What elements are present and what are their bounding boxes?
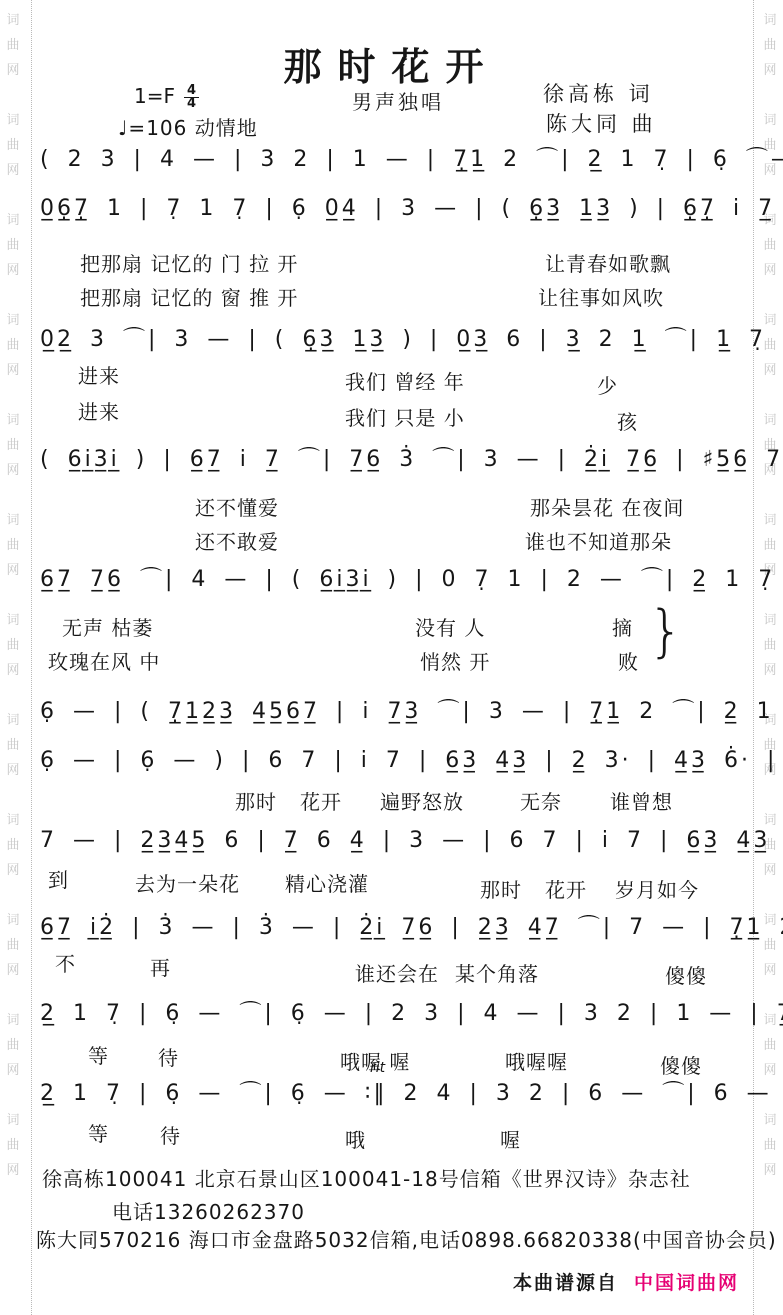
notation-line: 6̲7̲ i̲2̲̇ | 3̇ — | 3̇ — | 2̲̇i̲ 7̲6̲ | … xyxy=(40,910,749,941)
music-system-5: 6̲7̲ 7̲6̲ ⌒| 4 — | ( 6̲i̲3̲i̲ ) | 0 7̣ 1… xyxy=(40,562,749,593)
lyric-segment: 败 xyxy=(618,646,639,675)
lyric-segment: 哦 xyxy=(345,1124,366,1153)
lyric-segment: 无声 枯萎 xyxy=(62,612,153,641)
lyric-segment: 待 xyxy=(158,1042,179,1071)
notation-line: ( 6̲i̲3̲i̲ ) | 6̲7̲ i 7̲ ⌒| 7̲6̲ 3̇ ⌒| 3… xyxy=(40,442,749,473)
lyric-segment: 遍野怒放 xyxy=(380,786,464,815)
lyric-segment: 花开 xyxy=(300,786,342,815)
lyric-segment: 无奈 xyxy=(520,786,562,815)
lyric-segment: 待 xyxy=(160,1120,181,1149)
music-system-10: 2̲ 1 7̣ | 6̣ — ⌒| 6̣ — | 2 3 | 4 — | 3 2… xyxy=(40,996,749,1027)
lyric-segment: 那时 xyxy=(480,874,522,903)
lyric-segment: 少 xyxy=(597,370,618,399)
notation-line: 0̲2̲ 3 ⌒| 3 — | ( 6̣̲3̲ 1̲3̲ ) | 0̲3̲ 6 … xyxy=(40,322,749,353)
music-system-4: ( 6̲i̲3̲i̲ ) | 6̲7̲ i 7̲ ⌒| 7̲6̲ 3̇ ⌒| 3… xyxy=(40,442,749,473)
music-system-11: rit 2̲ 1 7̣ | 6̣ — ⌒| 6̣ — ∶‖ 2 4 | 3 2 … xyxy=(40,1076,749,1107)
lyric-segment: 等 xyxy=(88,1040,109,1069)
source-site-link[interactable]: 中国词曲网 xyxy=(634,1272,739,1294)
notation-line: 6̣ — | ( 7̣̲1̲2̲3̲ 4̲5̲6̲7̲ | i 7̲3̲ ⌒| … xyxy=(40,694,749,725)
lyric-segment: 还不懂爱 xyxy=(195,492,279,521)
lyric-segment: 还不敢爱 xyxy=(195,526,279,555)
lyric-segment: 等 xyxy=(88,1118,109,1147)
lyric-segment: 悄然 开 xyxy=(420,646,490,675)
lyric-segment: 进来 xyxy=(78,360,120,389)
lyric-segment: 我们 只是 小 xyxy=(345,402,465,431)
lyric-segment: 谁还会在 xyxy=(355,958,439,987)
lyric-segment: 我们 曾经 年 xyxy=(345,366,465,395)
song-title: 那时花开 xyxy=(0,36,783,91)
music-system-9: 6̲7̲ i̲2̲̇ | 3̇ — | 3̇ — | 2̲̇i̲ 7̲6̲ | … xyxy=(40,910,749,941)
lyric-segment: 谁也不知道那朵 xyxy=(525,526,672,555)
performance-type-label: 男声独唱 xyxy=(352,86,444,115)
sheet-music-page: 词 曲 网 词 曲 网 词 曲 网 词 曲 网 词 曲 网 词 曲 网 词 曲 … xyxy=(0,0,783,1315)
notation-line: ( 2 3 | 4 — | 3 2 | 1 — | 7̣̲1̲ 2 ⌒| 2̲ … xyxy=(40,142,749,173)
lyric-segment: 那朵昙花 在夜间 xyxy=(530,492,684,521)
lyric-segment: 进来 xyxy=(78,396,120,425)
music-system-1: ( 2 3 | 4 — | 3 2 | 1 — | 7̣̲1̲ 2 ⌒| 2̲ … xyxy=(40,142,749,173)
source-prefix-label: 本曲谱源自 xyxy=(513,1272,618,1294)
notation-line: 7 — | 2̲3̲4̲5̲ 6 | 7̲ 6 4̲ | 3 — | 6 7 |… xyxy=(40,828,749,853)
key-signature: 1=F44 xyxy=(134,84,199,110)
music-system-3: 0̲2̲ 3 ⌒| 3 — | ( 6̣̲3̲ 1̲3̲ ) | 0̲3̲ 6 … xyxy=(40,322,749,353)
composer-contact-line: 陈大同570216 海口市金盘路5032信箱,电话0898.66820338(中… xyxy=(36,1224,777,1253)
notation-line: 2̲ 1 7̣ | 6̣ — ⌒| 6̣ — | 2 3 | 4 — | 3 2… xyxy=(40,996,749,1027)
lyric-segment: 傻傻 xyxy=(660,1050,702,1079)
source-credit: 本曲谱源自中国词曲网 xyxy=(513,1268,739,1295)
music-system-2: 0̲6̣̲7̣̲ 1 | 7̣ 1 7̣ | 6̣ 0̲4̲ | 3 — | (… xyxy=(40,196,749,221)
music-system-8: 7 — | 2̲3̲4̲5̲ 6 | 7̲ 6 4̲ | 3 — | 6 7 |… xyxy=(40,828,749,853)
lyric-segment: 去为一朵花 xyxy=(135,868,240,897)
lyric-segment: 把那扇 记忆的 门 拉 开 xyxy=(80,248,298,277)
lyric-segment: 哦喔喔 xyxy=(505,1046,568,1075)
lyric-segment: 岁月如今 xyxy=(615,874,699,903)
lyric-segment: 那时 xyxy=(235,786,277,815)
lyric-segment: 玫瑰在风 中 xyxy=(48,646,160,675)
verse-brace: } xyxy=(648,604,684,660)
time-signature-bottom: 4 xyxy=(184,98,199,110)
lyricist-contact-line: 徐高栋100041 北京石景山区100041-18号信箱《世界汉诗》杂志社 xyxy=(42,1163,691,1192)
lyricist-credit: 徐高栋 词 xyxy=(543,78,654,108)
tempo-bpm: ♩=106 xyxy=(118,116,187,140)
tempo-marking: ♩=106 动情地 xyxy=(118,112,258,141)
watermark-left: 词 曲 网 词 曲 网 词 曲 网 词 曲 网 词 曲 网 词 曲 网 词 曲 … xyxy=(3,8,23,1307)
lyric-segment: 不 xyxy=(55,948,76,977)
expression-marking: 动情地 xyxy=(195,116,258,140)
left-dotted-divider xyxy=(31,0,32,1315)
lyric-segment: 某个角落 xyxy=(455,958,539,987)
lyric-segment: 没有 人 xyxy=(415,612,485,641)
notation-line: 6̲7̲ 7̲6̲ ⌒| 4 — | ( 6̲i̲3̲i̲ ) | 0 7̣ 1… xyxy=(40,562,749,593)
notation-line: 2̲ 1 7̣ | 6̣ — ⌒| 6̣ — ∶‖ 2 4 | 3 2 | 6 … xyxy=(40,1076,749,1107)
lyric-segment: 让青春如歌飘 xyxy=(545,248,671,277)
lyric-segment: 精心浇灌 xyxy=(285,868,369,897)
notation-line: 0̲6̣̲7̣̲ 1 | 7̣ 1 7̣ | 6̣ 0̲4̲ | 3 — | (… xyxy=(40,196,749,221)
key-label: 1=F xyxy=(134,84,175,108)
lyric-segment: 到 xyxy=(48,864,69,893)
lyric-segment: 再 xyxy=(150,952,171,981)
music-system-6: 6̣ — | ( 7̣̲1̲2̲3̲ 4̲5̲6̲7̲ | i 7̲3̲ ⌒| … xyxy=(40,694,749,725)
lyric-segment: 把那扇 记忆的 窗 推 开 xyxy=(80,282,298,311)
music-system-7: 6̣ — | 6̣ — ) | 6 7 | i 7 | 6̲3̲ 4̲3̲ | … xyxy=(40,748,749,773)
composer-credit: 陈大同 曲 xyxy=(546,108,657,138)
lyric-segment: 谁曾想 xyxy=(610,786,673,815)
time-signature: 44 xyxy=(184,85,199,110)
rit-tempo-mark: rit xyxy=(370,1060,385,1076)
lyric-segment: 喔 xyxy=(500,1124,521,1153)
lyric-segment: 傻傻 xyxy=(665,960,707,989)
lyric-segment: 花开 xyxy=(545,874,587,903)
lyricist-phone-line: 电话13260262370 xyxy=(112,1196,305,1225)
lyric-segment: 摘 xyxy=(612,612,633,641)
notation-line: 6̣ — | 6̣ — ) | 6 7 | i 7 | 6̲3̲ 4̲3̲ | … xyxy=(40,748,749,773)
lyric-segment: 让往事如风吹 xyxy=(538,282,664,311)
lyric-segment: 孩 xyxy=(617,406,638,435)
